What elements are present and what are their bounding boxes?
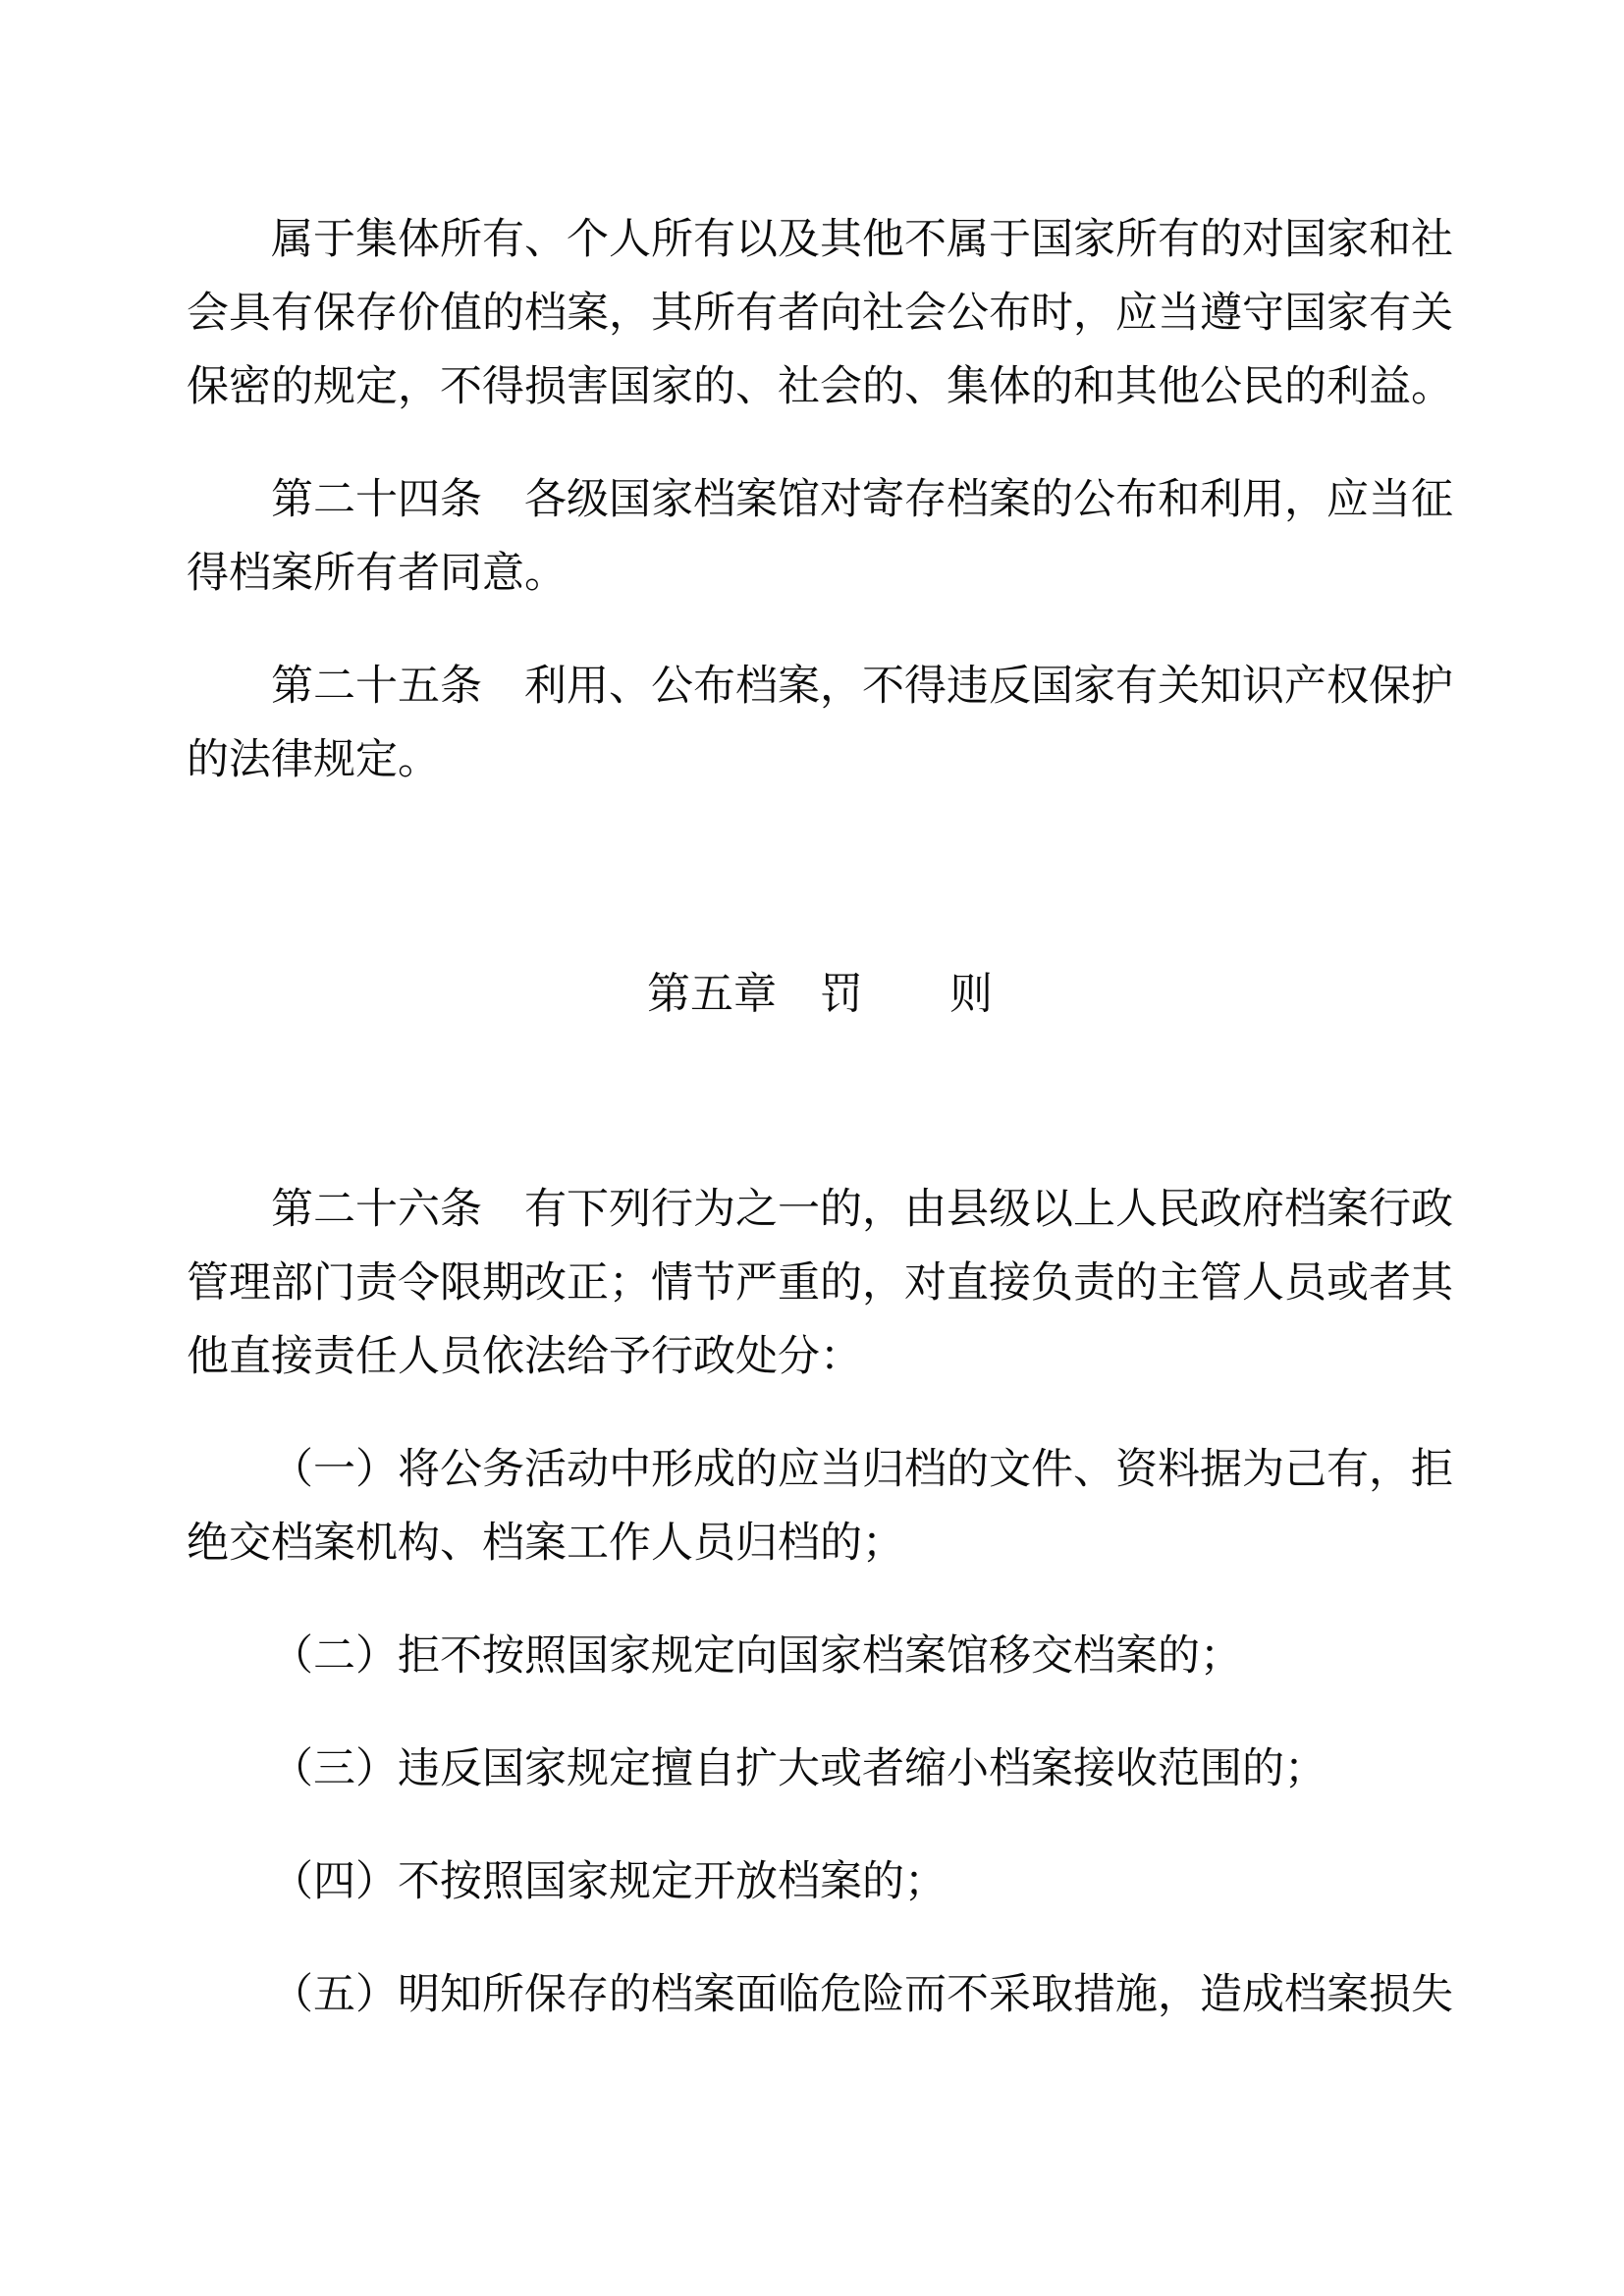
text-line: 他直接责任人员依法给予行政处分： xyxy=(187,1320,1453,1394)
chapter-heading: 第五章 罚 则 xyxy=(187,957,1453,1031)
paragraph: 第二十五条 利用、公布档案，不得违反国家有关知识产权保护的法律规定。 xyxy=(187,650,1453,797)
paragraph: 第二十四条 各级国家档案馆对寄存档案的公布和利用，应当征得档案所有者同意。 xyxy=(187,463,1453,611)
paragraph: （二）拒不按照国家规定向国家档案馆移交档案的； xyxy=(187,1620,1453,1693)
document-page: 属于集体所有、个人所有以及其他不属于国家所有的对国家和社会具有保存价值的档案，其… xyxy=(0,0,1624,2296)
text-line: 会具有保存价值的档案，其所有者向社会公布时，应当遵守国家有关 xyxy=(187,277,1453,350)
text-line: 管理部门责令限期改正；情节严重的，对直接负责的主管人员或者其 xyxy=(187,1247,1453,1320)
text-line: 得档案所有者同意。 xyxy=(187,537,1453,611)
paragraph: （五）明知所保存的档案面临危险而不采取措施，造成档案损失 xyxy=(187,1958,1453,2032)
text-line: （三）违反国家规定擅自扩大或者缩小档案接收范围的； xyxy=(187,1733,1453,1806)
document-body: 属于集体所有、个人所有以及其他不属于国家所有的对国家和社会具有保存价值的档案，其… xyxy=(187,0,1453,2032)
text-line: （五）明知所保存的档案面临危险而不采取措施，造成档案损失 xyxy=(187,1958,1453,2032)
text-line: 第二十六条 有下列行为之一的，由县级以上人民政府档案行政 xyxy=(187,1173,1453,1247)
paragraph: 第二十六条 有下列行为之一的，由县级以上人民政府档案行政管理部门责令限期改正；情… xyxy=(187,1173,1453,1394)
text-line: 的法律规定。 xyxy=(187,723,1453,797)
text-line: （四）不按照国家规定开放档案的； xyxy=(187,1845,1453,1919)
paragraph: （三）违反国家规定擅自扩大或者缩小档案接收范围的； xyxy=(187,1733,1453,1806)
text-line: 属于集体所有、个人所有以及其他不属于国家所有的对国家和社 xyxy=(187,203,1453,277)
chapter-heading-text: 第五章 罚 则 xyxy=(187,957,1453,1031)
text-line: 第二十四条 各级国家档案馆对寄存档案的公布和利用，应当征 xyxy=(187,463,1453,537)
text-line: 第二十五条 利用、公布档案，不得违反国家有关知识产权保护 xyxy=(187,650,1453,723)
text-line: 保密的规定，不得损害国家的、社会的、集体的和其他公民的利益。 xyxy=(187,350,1453,424)
paragraph: （一）将公务活动中形成的应当归档的文件、资料据为己有，拒绝交档案机构、档案工作人… xyxy=(187,1433,1453,1580)
paragraph: （四）不按照国家规定开放档案的； xyxy=(187,1845,1453,1919)
text-line: 绝交档案机构、档案工作人员归档的； xyxy=(187,1507,1453,1580)
text-line: （二）拒不按照国家规定向国家档案馆移交档案的； xyxy=(187,1620,1453,1693)
text-line: （一）将公务活动中形成的应当归档的文件、资料据为己有，拒 xyxy=(187,1433,1453,1507)
paragraph: 属于集体所有、个人所有以及其他不属于国家所有的对国家和社会具有保存价值的档案，其… xyxy=(187,203,1453,424)
